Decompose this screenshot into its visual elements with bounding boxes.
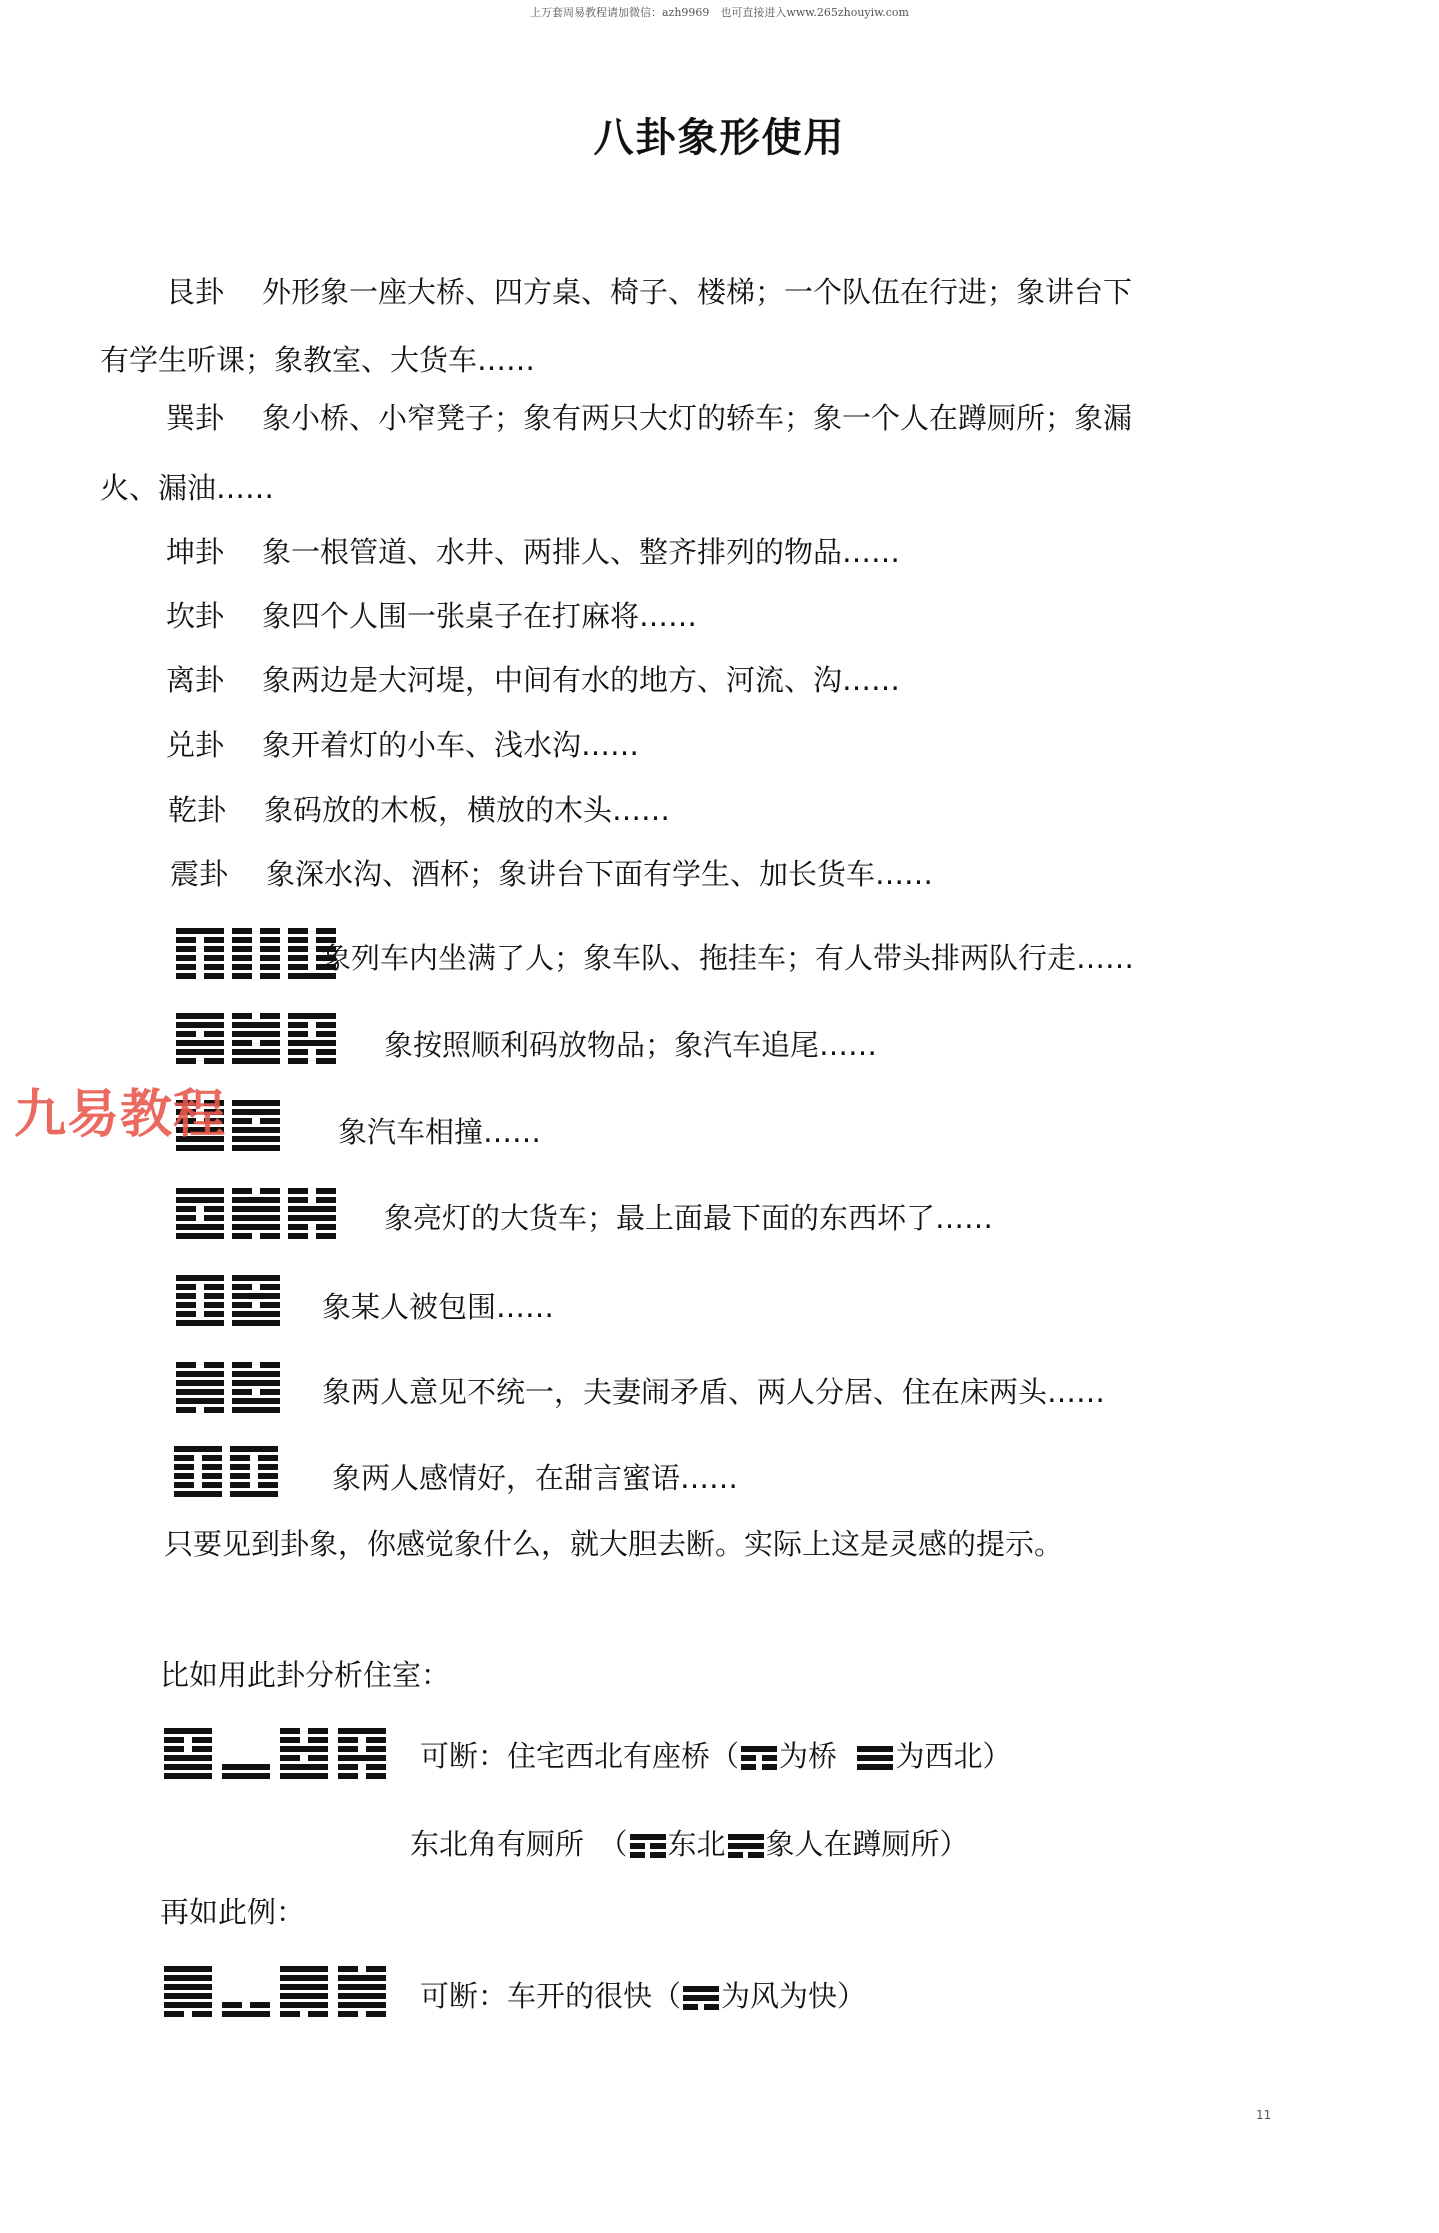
entry-text: 象小桥、小窄凳子；象有两只大灯的轿车；象一个人在蹲厕所；象漏 — [262, 401, 1132, 435]
example2-line-prefix: 可断：车开的很快（ — [420, 1979, 681, 2013]
trigram-qian-icon — [857, 1746, 893, 1770]
entry-label: 巽卦 — [166, 400, 262, 436]
hex-text-7: 象两人感情好，在甜言蜜语…… — [332, 1460, 738, 1496]
hexagram-icon — [176, 1188, 224, 1239]
entry-kun: 坤卦象一根管道、水井、两排人、整齐排列的物品…… — [166, 534, 900, 570]
example1-line1-prefix: 可断：住宅西北有座桥（ — [420, 1739, 739, 1773]
hexagram-icon — [232, 928, 280, 979]
example2-line-end: 为风为快） — [721, 1979, 866, 2013]
entry-text: 象四个人围一张桌子在打麻将…… — [262, 599, 697, 633]
trigram-icon — [222, 1764, 270, 1779]
example1-line2-mid: 东北 — [668, 1827, 726, 1861]
hexagram-icon — [232, 1362, 280, 1413]
example2-hex-group — [164, 1966, 386, 2017]
entry-xun: 巽卦象小桥、小窄凳子；象有两只大灯的轿车；象一个人在蹲厕所；象漏 — [166, 400, 1132, 436]
hexagram-icon — [176, 1362, 224, 1413]
entry-text: 外形象一座大桥、四方桌、椅子、楼梯；一个队伍在行进；象讲台下 — [262, 275, 1132, 309]
entry-label: 坎卦 — [166, 598, 262, 634]
example1-line2-end: 象人在蹲厕所） — [766, 1827, 969, 1861]
hexagram-icon — [232, 1275, 280, 1326]
example2-intro: 再如此例： — [160, 1894, 305, 1930]
hexagram-icon — [280, 1728, 328, 1779]
entry-li: 离卦象两边是大河堤，中间有水的地方、河流、沟…… — [166, 662, 900, 698]
watermark: 九易教程 — [14, 1072, 226, 1147]
page-title: 八卦象形使用 — [0, 106, 1439, 163]
hexagram-icon — [232, 1100, 280, 1151]
trigram-icon — [222, 2002, 270, 2017]
conclusion: 只要见到卦象，你感觉象什么，就大胆去断。实际上这是灵感的提示。 — [164, 1526, 1063, 1562]
example1-line1-mid: 为桥 — [779, 1739, 837, 1773]
entry-label: 离卦 — [166, 662, 262, 698]
entry-qian: 乾卦象码放的木板，横放的木头…… — [168, 792, 670, 828]
hexagram-icon — [338, 1728, 386, 1779]
entry-xun-cont: 火、漏油…… — [100, 470, 274, 506]
entry-label: 艮卦 — [166, 274, 262, 310]
hexagram-icon — [176, 1013, 224, 1064]
hexagram-icon — [176, 1275, 224, 1326]
hex-text-4: 象亮灯的大货车；最上面最下面的东西坏了…… — [384, 1200, 993, 1236]
entry-text: 象开着灯的小车、浅水沟…… — [262, 728, 639, 762]
hexagram-icon — [280, 1966, 328, 2017]
hexagram-icon — [232, 1013, 280, 1064]
hex-group-1 — [176, 928, 336, 979]
entry-label: 乾卦 — [168, 792, 264, 828]
page-number: 11 — [1256, 2108, 1271, 2122]
entry-text: 象码放的木板，横放的木头…… — [264, 793, 670, 827]
hex-text-1: 象列车内坐满了人；象车队、拖挂车；有人带头排两队行走…… — [322, 940, 1134, 976]
entry-text: 象深水沟、酒杯；象讲台下面有学生、加长货车…… — [266, 857, 933, 891]
example1-intro: 比如用此卦分析住室： — [160, 1657, 450, 1693]
hexagram-icon — [174, 1446, 222, 1497]
hex-text-3: 象汽车相撞…… — [338, 1114, 541, 1150]
entry-label: 兑卦 — [166, 727, 262, 763]
example2-line: 可断：车开的很快（为风为快） — [420, 1978, 866, 2014]
hexagram-icon — [164, 1966, 212, 2017]
entry-gen-cont: 有学生听课；象教室、大货车…… — [100, 342, 535, 378]
hexagram-icon — [164, 1728, 212, 1779]
hex-group-5 — [176, 1275, 280, 1326]
hex-group-2 — [176, 1013, 336, 1064]
example1-hex-group — [164, 1728, 386, 1779]
entry-gen: 艮卦外形象一座大桥、四方桌、椅子、楼梯；一个队伍在行进；象讲台下 — [166, 274, 1132, 310]
hex-group-6 — [176, 1362, 280, 1413]
example1-line2-prefix: 东北角有厕所 （ — [410, 1827, 628, 1861]
hexagram-icon — [288, 1188, 336, 1239]
hexagram-icon — [232, 1188, 280, 1239]
hex-text-6: 象两人意见不统一，夫妻闹矛盾、两人分居、住在床两头…… — [322, 1374, 1105, 1410]
hex-group-4 — [176, 1188, 336, 1239]
entry-dui: 兑卦象开着灯的小车、浅水沟…… — [166, 727, 639, 763]
example1-line2: 东北角有厕所 （东北象人在蹲厕所） — [410, 1826, 969, 1862]
example1-line1: 可断：住宅西北有座桥（为桥 为西北） — [420, 1738, 1011, 1774]
example1-line1-end: 为西北） — [895, 1739, 1011, 1773]
entry-text: 象一根管道、水井、两排人、整齐排列的物品…… — [262, 535, 900, 569]
entry-zhen: 震卦象深水沟、酒杯；象讲台下面有学生、加长货车…… — [170, 856, 933, 892]
hexagram-icon — [288, 1013, 336, 1064]
entry-text: 象两边是大河堤，中间有水的地方、河流、沟…… — [262, 663, 900, 697]
hex-text-5: 象某人被包围…… — [322, 1289, 554, 1325]
entry-label: 坤卦 — [166, 534, 262, 570]
header-note: 上万套周易教程请加微信：azh9969 也可直接进入www.265zhouyiw… — [0, 4, 1439, 20]
entry-kan: 坎卦象四个人围一张桌子在打麻将…… — [166, 598, 697, 634]
hexagram-icon — [338, 1966, 386, 2017]
hex-group-7 — [174, 1446, 278, 1497]
hexagram-icon — [230, 1446, 278, 1497]
trigram-xun-icon — [728, 1834, 764, 1858]
trigram-xun-icon — [683, 1986, 719, 2010]
hexagram-icon — [176, 928, 224, 979]
hex-text-2: 象按照顺利码放物品；象汽车追尾…… — [384, 1027, 877, 1063]
trigram-gen-icon — [741, 1746, 777, 1770]
entry-label: 震卦 — [170, 856, 266, 892]
trigram-gen-icon — [630, 1834, 666, 1858]
